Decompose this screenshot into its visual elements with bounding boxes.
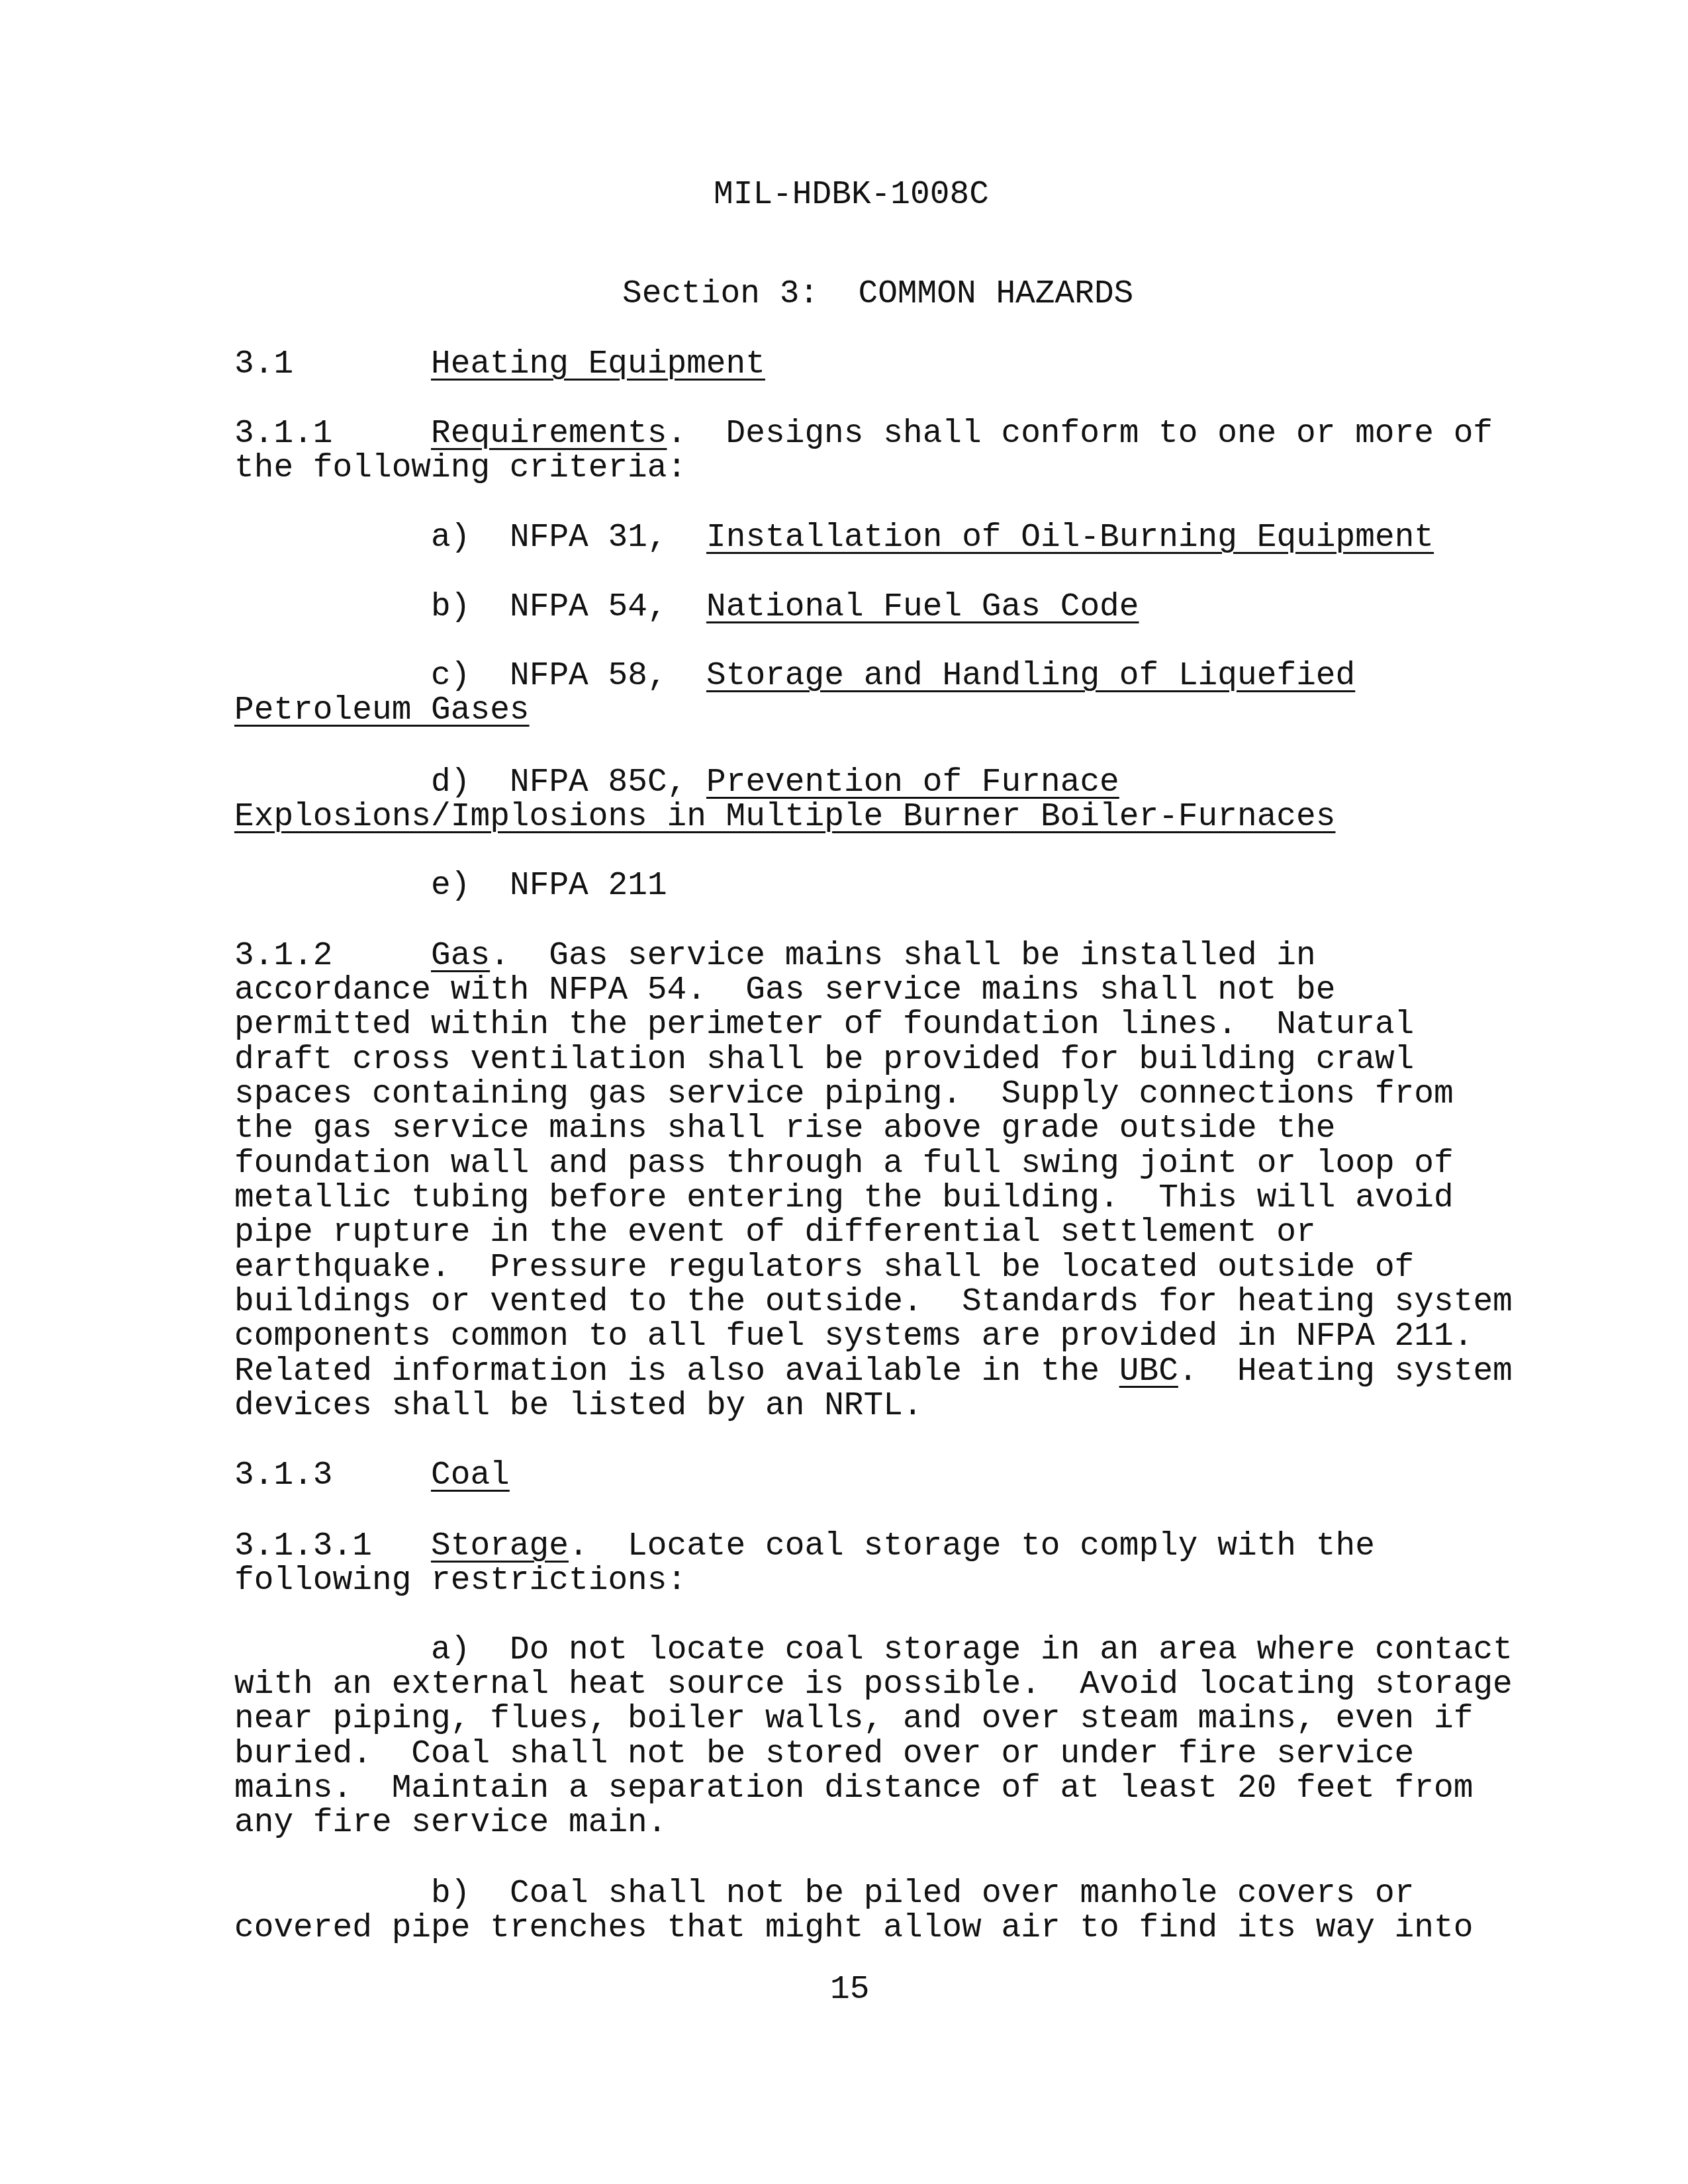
standard-title: National Fuel Gas Code — [706, 588, 1139, 625]
paragraph-3-1-2-line: permitted within the perimeter of founda… — [234, 1007, 1414, 1042]
document-page: MIL-HDBK-1008C Section 3: COMMON HAZARDS… — [0, 0, 1688, 2184]
section-number: 3.1.2 — [234, 937, 333, 974]
section-number: 3.1.3.1 — [234, 1527, 372, 1565]
standard-title: Installation of Oil-Burning Equipment — [706, 519, 1434, 556]
section-title-gas: Gas — [431, 937, 490, 974]
section-title-storage: Storage — [431, 1527, 569, 1565]
paragraph-3-1-2-line: foundation wall and pass through a full … — [234, 1146, 1454, 1181]
section-title-requirements: Requirements — [431, 415, 667, 452]
criteria-item-c-line2: Petroleum Gases — [234, 693, 530, 727]
document-id-header: MIL-HDBK-1008C — [714, 177, 989, 212]
paragraph-3-1-2-line: draft cross ventilation shall be provide… — [234, 1042, 1414, 1077]
paragraph-3-1-1-line1: 3.1.1Requirements. Designs shall conform… — [234, 416, 333, 451]
paragraph-3-1-2-line: buildings or vented to the outside. Stan… — [234, 1285, 1513, 1319]
restriction-item-a-line: with an external heat source is possible… — [234, 1667, 1513, 1702]
standard-title-continued: Petroleum Gases — [234, 692, 530, 729]
restriction-item-b-line2: covered pipe trenches that might allow a… — [234, 1911, 1473, 1945]
paragraph-3-1-2-line: components common to all fuel systems ar… — [234, 1319, 1473, 1353]
heading-3-1: 3.1Heating Equipment — [234, 347, 293, 381]
page-number: 15 — [830, 1972, 869, 2007]
restriction-item-a-line: mains. Maintain a separation distance of… — [234, 1771, 1473, 1805]
paragraph-3-1-2-line: spaces containing gas service piping. Su… — [234, 1077, 1454, 1111]
standard-title: Storage and Handling of Liquefied — [706, 657, 1355, 694]
restriction-item-a-line: any fire service main. — [234, 1805, 667, 1840]
paragraph-3-1-2-line: devices shall be listed by an NRTL. — [234, 1388, 923, 1423]
paragraph-3-1-2-line: earthquake. Pressure regulators shall be… — [234, 1250, 1414, 1285]
section-title-coal: Coal — [431, 1457, 510, 1494]
section-title: Section 3: COMMON HAZARDS — [622, 277, 1133, 311]
paragraph-3-1-2-line: pipe rupture in the event of differentia… — [234, 1215, 1316, 1250]
paragraph-3-1-1-line2: the following criteria: — [234, 451, 686, 485]
restriction-item-a-line: near piping, flues, boiler walls, and ov… — [234, 1702, 1473, 1736]
paragraph-3-1-2-line: metallic tubing before entering the buil… — [234, 1181, 1454, 1215]
section-number: 3.1.3 — [234, 1457, 333, 1494]
paragraph-3-1-3-1-line1: 3.1.3.1Storage. Locate coal storage to c… — [234, 1529, 372, 1563]
standard-title: Prevention of Furnace — [706, 764, 1119, 801]
heading-3-1-3: 3.1.3Coal — [234, 1458, 333, 1492]
ubc-reference: UBC — [1119, 1353, 1178, 1390]
section-title-heating-equipment: Heating Equipment — [431, 345, 765, 383]
section-number: 3.1 — [234, 345, 293, 383]
standard-title-continued: Explosions/Implosions in Multiple Burner… — [234, 798, 1335, 835]
paragraph-3-1-2-line: Related information is also available in… — [234, 1354, 1513, 1388]
section-number: 3.1.1 — [234, 415, 333, 452]
criteria-item-d-line2: Explosions/Implosions in Multiple Burner… — [234, 799, 1335, 834]
paragraph-3-1-3-1-line2: following restrictions: — [234, 1563, 686, 1598]
paragraph-3-1-2-line: accordance with NFPA 54. Gas service mai… — [234, 973, 1335, 1007]
paragraph-3-1-2-line: the gas service mains shall rise above g… — [234, 1111, 1335, 1146]
paragraph-3-1-2-line1: 3.1.2Gas. Gas service mains shall be ins… — [234, 938, 333, 973]
restriction-item-a-line: buried. Coal shall not be stored over or… — [234, 1737, 1414, 1771]
